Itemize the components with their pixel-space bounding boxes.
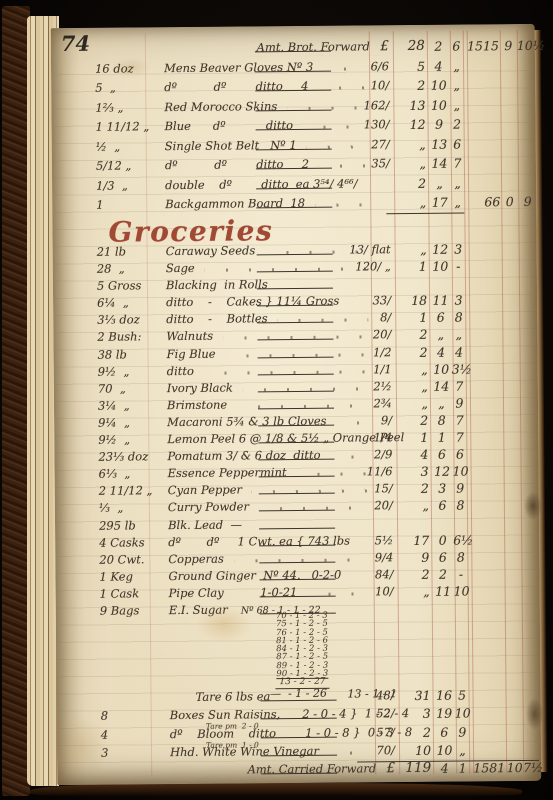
description-text: Hhd. White Wine Vinegar — [170, 745, 319, 759]
tare-figure — [259, 510, 335, 512]
quantity-cell: ⅓ „ — [99, 502, 167, 516]
pence-cell: 10 — [454, 584, 469, 597]
shillings-cell: 17 — [429, 196, 450, 209]
shillings-cell: 6 — [431, 448, 452, 461]
unit-price-cell: 20/ — [331, 329, 391, 343]
unit-price-cell: 6/6 — [329, 60, 389, 74]
description-text: dº dº ditto 2 — [165, 158, 309, 172]
shillings-cell: 6 — [432, 499, 453, 512]
pounds-cell: 119 — [395, 762, 431, 775]
quantity-cell: 1 Cask — [100, 587, 168, 601]
pounds-cell: 3 — [395, 707, 431, 720]
unit-price-cell: 1/4 — [332, 431, 392, 445]
shillings-cell: 13 — [429, 137, 450, 150]
description-text: Macaroni 5¾ & 3 lb Cloves — [167, 415, 326, 429]
unit-price-cell: 27/ — [330, 138, 390, 152]
pence-cell: 7 — [452, 413, 467, 426]
pounds-cell: 9 — [393, 551, 429, 564]
unit-price-cell: 11/6 — [333, 465, 393, 479]
quantity-cell: 295 lb — [99, 519, 167, 533]
pounds-cell: 1 — [391, 311, 427, 324]
description-text: double dº ditto ea 3⁵⁴/ 4⁶⁶/ — [165, 177, 358, 192]
pounds-cell: 28 — [389, 40, 425, 53]
unit-price-cell: 57/ — [335, 726, 395, 740]
quantity-cell: 6¼ „ — [97, 296, 165, 310]
unit-price-cell: 1/2 — [331, 346, 391, 360]
quantity-cell: 2 Bush: — [97, 331, 165, 345]
pence-cell: „ — [455, 743, 470, 756]
pounds-cell: „ — [391, 243, 427, 256]
tare-figure — [259, 493, 335, 495]
quantity-cell: 8 — [101, 709, 169, 723]
unit-price-cell: 162/ — [329, 99, 389, 113]
description-text: Caraway Seeds — [166, 244, 256, 258]
shillings-cell: 6 — [434, 725, 455, 738]
unit-price-cell: 33/ — [331, 294, 391, 308]
description-text: Curry Powder — [168, 501, 249, 515]
sugar-weights-list: 70 - 1 - 2 - 3 75 - 1 - 2 - 5 76 - 1 - 2… — [244, 611, 361, 678]
total-pence-cell: 9 — [518, 195, 537, 208]
shillings-cell: 16 — [433, 689, 454, 702]
tare-figure — [256, 129, 332, 131]
total-pounds-cell: 1581 — [471, 761, 505, 774]
pounds-cell: „ — [390, 137, 426, 150]
quantity-cell: 70 „ — [98, 382, 166, 396]
description-text: Copperas — [168, 552, 224, 565]
top-section: Amt. Brot. Forward £ 28 2 6 1515 9 10½ 1… — [51, 38, 537, 218]
pounds-cell: 2 — [393, 568, 429, 581]
pence-cell: 3½ — [452, 362, 467, 375]
description-cell: Blk. Lead — — [168, 517, 374, 532]
unit-price-cell: 84/ — [333, 568, 393, 582]
pounds-cell: „ — [392, 380, 428, 393]
pence-cell: „ — [449, 98, 464, 111]
quantity-cell: 9¼ „ — [98, 416, 166, 430]
shillings-cell: 10 — [428, 98, 449, 111]
total-shillings-cell: 9 — [500, 39, 517, 52]
shillings-cell: 12 — [432, 465, 453, 478]
unit-price-cell: 10/ — [329, 79, 389, 93]
pence-cell: 7 — [450, 157, 465, 170]
unit-price-cell: 15/ — [333, 482, 393, 496]
quantity-cell: 1 — [96, 198, 164, 212]
unit-price-cell: 1/1 — [332, 363, 392, 377]
description-text: Ivory Black — [167, 381, 233, 395]
quantity-cell: ½ „ — [96, 140, 164, 154]
pence-cell: „ — [449, 79, 464, 92]
tare-figure: — - 1 - 26 — [260, 687, 336, 702]
quantity-cell: 9½ „ — [98, 433, 166, 447]
pounds-cell: „ — [392, 363, 428, 376]
pounds-cell: „ — [390, 196, 426, 209]
shillings-cell: 10 — [428, 79, 449, 92]
tare-figure — [259, 527, 335, 529]
pence-cell: 8 — [451, 311, 466, 324]
quantity-cell: 23⅓ doz — [98, 450, 166, 464]
pounds-cell: 13 — [389, 98, 425, 111]
pence-cell: 1 — [455, 762, 470, 775]
pounds-cell: „ — [392, 397, 428, 410]
quantity-cell — [100, 691, 168, 692]
pence-cell: 6 — [450, 137, 465, 150]
pence-cell: 9 — [453, 482, 468, 495]
unit-price-cell: £ — [329, 40, 389, 54]
pounds-cell: 5 — [389, 59, 425, 72]
shillings-cell: „ — [431, 396, 452, 409]
description-text: Brimstone — [167, 398, 227, 412]
shillings-cell: 4 — [434, 762, 455, 775]
shillings-cell: 11 — [433, 585, 454, 598]
tare-figure — [257, 322, 333, 324]
pence-cell: „ — [451, 328, 466, 341]
shillings-cell: 10 — [431, 362, 452, 375]
pence-cell: 9 — [455, 725, 470, 738]
pence-cell: 9 — [452, 396, 467, 409]
pounds-cell: 2 — [391, 328, 427, 341]
pounds-cell: 12 — [390, 118, 426, 131]
pounds-cell: 4 — [392, 448, 428, 461]
pence-cell: 8 — [453, 499, 468, 512]
description-text: Walnuts — [166, 330, 213, 343]
unit-price-cell: 9/4 — [333, 551, 393, 565]
tare-figure — [258, 408, 334, 410]
unit-price-cell: 9/ — [332, 414, 392, 428]
shillings-cell: 9 — [429, 118, 450, 131]
pence-cell: 5 — [454, 688, 469, 701]
quantity-cell: 5/12 „ — [96, 159, 164, 173]
pounds-cell: „ — [393, 499, 429, 512]
pence-cell: 6 — [452, 448, 467, 461]
quantity-cell: 6⅓ „ — [99, 467, 167, 481]
tare-figure — [255, 109, 331, 111]
shillings-cell: 11 — [430, 294, 451, 307]
shillings-cell: 10 — [430, 260, 451, 273]
unit-price-cell: 2/9 — [332, 448, 392, 462]
quantity-cell: 9 Bags — [100, 604, 168, 618]
pounds-cell: 2 — [392, 414, 428, 427]
pence-cell: - — [453, 567, 468, 580]
quantity-cell: 2 11/12 „ — [99, 484, 167, 498]
pence-cell: „ — [450, 196, 465, 209]
pence-cell: 8 — [453, 550, 468, 563]
pence-cell: 4 — [451, 345, 466, 358]
description-text: Blue dº ditto — [165, 119, 294, 133]
shillings-cell: 8 — [431, 414, 452, 427]
tare-figure — [258, 373, 334, 375]
quantity-cell: 3¼ „ — [98, 399, 166, 413]
description-text: Single Shot Belt Nº 1 — [165, 138, 297, 152]
tare-figure — [257, 339, 333, 341]
pence-cell: - — [451, 260, 466, 273]
tare-figure — [259, 476, 335, 478]
quantity-cell: 16 doz — [95, 62, 163, 76]
quantity-cell — [101, 764, 169, 765]
unit-price-cell: 2½ — [332, 380, 392, 394]
shillings-cell: 6 — [432, 550, 453, 563]
unit-price-cell: 48/ — [334, 689, 394, 703]
pence-cell: „ — [450, 176, 465, 189]
quantity-cell: 1 11/12 „ — [96, 120, 164, 134]
pounds-cell: 3 — [393, 465, 429, 478]
description-text: Sage — [166, 262, 195, 275]
description-text: Cyan Pepper — [168, 484, 242, 498]
description-text: Mens Beaver Gloves Nº 3 — [164, 60, 313, 74]
description-text: Pipe Clay 1-0-21 — [169, 586, 298, 600]
description-text: Backgammon Board 18 — [165, 197, 305, 211]
shillings-cell: 4 — [428, 59, 449, 72]
pence-cell: 7 — [452, 379, 467, 392]
groceries-section: 21 lb Caraway Seeds 13/ flat „ 12 3 28 „… — [53, 241, 540, 621]
total-pounds-cell: 1515 — [465, 39, 499, 52]
quantity-cell: 38 lb — [98, 348, 166, 362]
pounds-cell: 31 — [394, 689, 430, 702]
pounds-cell: „ — [394, 585, 430, 598]
ledger-book-photo: 74 Amt. Brot. Forward £ 28 2 6 1515 9 10… — [0, 0, 553, 800]
shillings-cell: „ — [429, 176, 450, 189]
tare-figure — [257, 254, 333, 256]
book-spine — [2, 6, 30, 796]
quantity-cell: 5 „ — [95, 81, 163, 95]
unit-price-cell: £ — [335, 762, 395, 776]
pounds-cell: 2 — [389, 79, 425, 92]
pounds-cell: 10 — [395, 744, 431, 757]
description-cell: Backgammon Board 18 — [165, 196, 371, 211]
ledger-row: Amt. Carried Forward £ 119 4 1 1581 10 7… — [57, 760, 541, 783]
description-text: ditto - Cakes } 11¼ Gross — [166, 295, 339, 310]
pounds-cell: „ — [390, 157, 426, 170]
quantity-cell: 1/3 „ — [96, 179, 164, 193]
total-pounds-cell: 66 — [466, 195, 500, 208]
unit-price-cell: 70/ — [335, 744, 395, 758]
pence-cell: „ — [449, 59, 464, 72]
pence-cell: 7 — [452, 431, 467, 444]
quantity-cell: 3 — [101, 746, 169, 760]
pence-cell: 6½ — [453, 533, 468, 546]
unit-price-cell: 2¾ — [332, 397, 392, 411]
shillings-cell: 14 — [429, 157, 450, 170]
quantity-cell: 21 lb — [97, 245, 165, 259]
description-text: ditto — [167, 365, 194, 378]
bottom-section: Tare 6 lbs ea— - 1 - 2613 - 1 - 1 48/ 31… — [56, 687, 541, 783]
shillings-cell: 6 — [430, 311, 451, 324]
quantity-cell: 1 Keg — [99, 570, 167, 584]
quantity-cell: 20 Cwt. — [99, 553, 167, 567]
tare-figure — [257, 288, 333, 290]
tare-figure — [257, 271, 333, 273]
quantity-cell: 3⅓ doz — [97, 314, 165, 328]
shillings-cell: „ — [430, 328, 451, 341]
pence-cell: 6 — [449, 40, 464, 53]
pence-cell: 3 — [451, 294, 466, 307]
unit-price-cell: 10/ — [334, 585, 394, 599]
pounds-cell: 2 — [390, 176, 426, 189]
shillings-cell: 0 — [432, 533, 453, 546]
quantity-cell: 9½ „ — [98, 365, 166, 379]
shillings-cell: 4 — [430, 345, 451, 358]
pounds-cell: 17 — [393, 533, 429, 546]
pounds-cell: 2 — [391, 345, 427, 358]
quantity-cell: 4 — [101, 728, 169, 742]
pounds-cell: 18 — [391, 294, 427, 307]
shillings-cell: 3 — [432, 482, 453, 495]
pounds-cell: 2 — [395, 725, 431, 738]
unit-price-cell: 35/ — [330, 157, 390, 171]
pounds-cell: 2 — [393, 482, 429, 495]
pounds-cell: 1 — [391, 260, 427, 273]
shillings-cell: 12 — [430, 243, 451, 256]
shillings-cell: 14 — [431, 379, 452, 392]
total-pence-cell: 10½ — [517, 39, 536, 52]
description-text: E.I. Sugar — [169, 604, 228, 618]
pence-cell: 3 — [451, 243, 466, 256]
description-text: Ground Ginger Nº 44. 0-2-0 — [168, 568, 341, 583]
tare-figure — [258, 356, 334, 358]
description-text: Tare 6 lbs ea — [169, 690, 270, 704]
shillings-cell: 1 — [431, 431, 452, 444]
tare-figure — [259, 561, 335, 563]
description-text: Pomatum 3/ & 6 doz ditto — [167, 449, 320, 463]
quantity-cell: 4 Casks — [99, 536, 167, 550]
ledger-page: 74 Amt. Brot. Forward £ 28 2 6 1515 9 10… — [51, 24, 542, 785]
quantity-cell: 1⅔ „ — [95, 101, 163, 115]
description-text: ditto - Bottles — [166, 313, 267, 327]
description-cell: Blacking in Rolls — [166, 278, 372, 293]
quantity-cell: 28 „ — [97, 262, 165, 276]
pence-cell: 10 — [453, 465, 468, 478]
shillings-cell: 19 — [434, 707, 455, 720]
shillings-cell: 2 — [428, 40, 449, 53]
pence-cell: 2 — [450, 118, 465, 131]
unit-price-cell: 13/ flat — [331, 243, 391, 257]
shillings-cell: 2 — [432, 567, 453, 580]
description-text: Fig Blue — [166, 347, 215, 360]
unit-price-cell: 120/ „ — [331, 260, 391, 274]
pence-cell: 10 — [455, 707, 470, 720]
unit-price-cell: 130/ — [330, 118, 390, 132]
total-pence-cell: 7½ — [523, 761, 542, 774]
unit-price-cell: 8/ — [331, 312, 391, 326]
unit-price-cell: 52/ — [335, 707, 395, 721]
description-text: Blacking in Rolls — [166, 278, 268, 292]
unit-price-cell: 5½ — [333, 534, 393, 548]
description-cell: double dº ditto ea 3⁵⁴/ 4⁶⁶/ — [165, 177, 371, 192]
description-text: Red Morocco Skins — [164, 100, 277, 114]
description-text: dº dº ditto 4 — [164, 80, 308, 94]
description-text: Blk. Lead — — [168, 518, 242, 532]
total-shillings-cell: 10 — [506, 761, 523, 774]
quantity-cell — [95, 42, 163, 43]
description-text: dº dº 1 Cwt. ea { 743 lbs — [168, 534, 350, 549]
pounds-cell: 1 — [392, 431, 428, 444]
shillings-cell: 10 — [434, 744, 455, 757]
unit-price-cell: 20/ — [333, 500, 393, 514]
description-text: Essence Peppermint — [168, 466, 287, 480]
tare-figure — [258, 390, 334, 392]
quantity-cell: 5 Gross — [97, 279, 165, 293]
total-shillings-cell: 0 — [501, 195, 518, 208]
